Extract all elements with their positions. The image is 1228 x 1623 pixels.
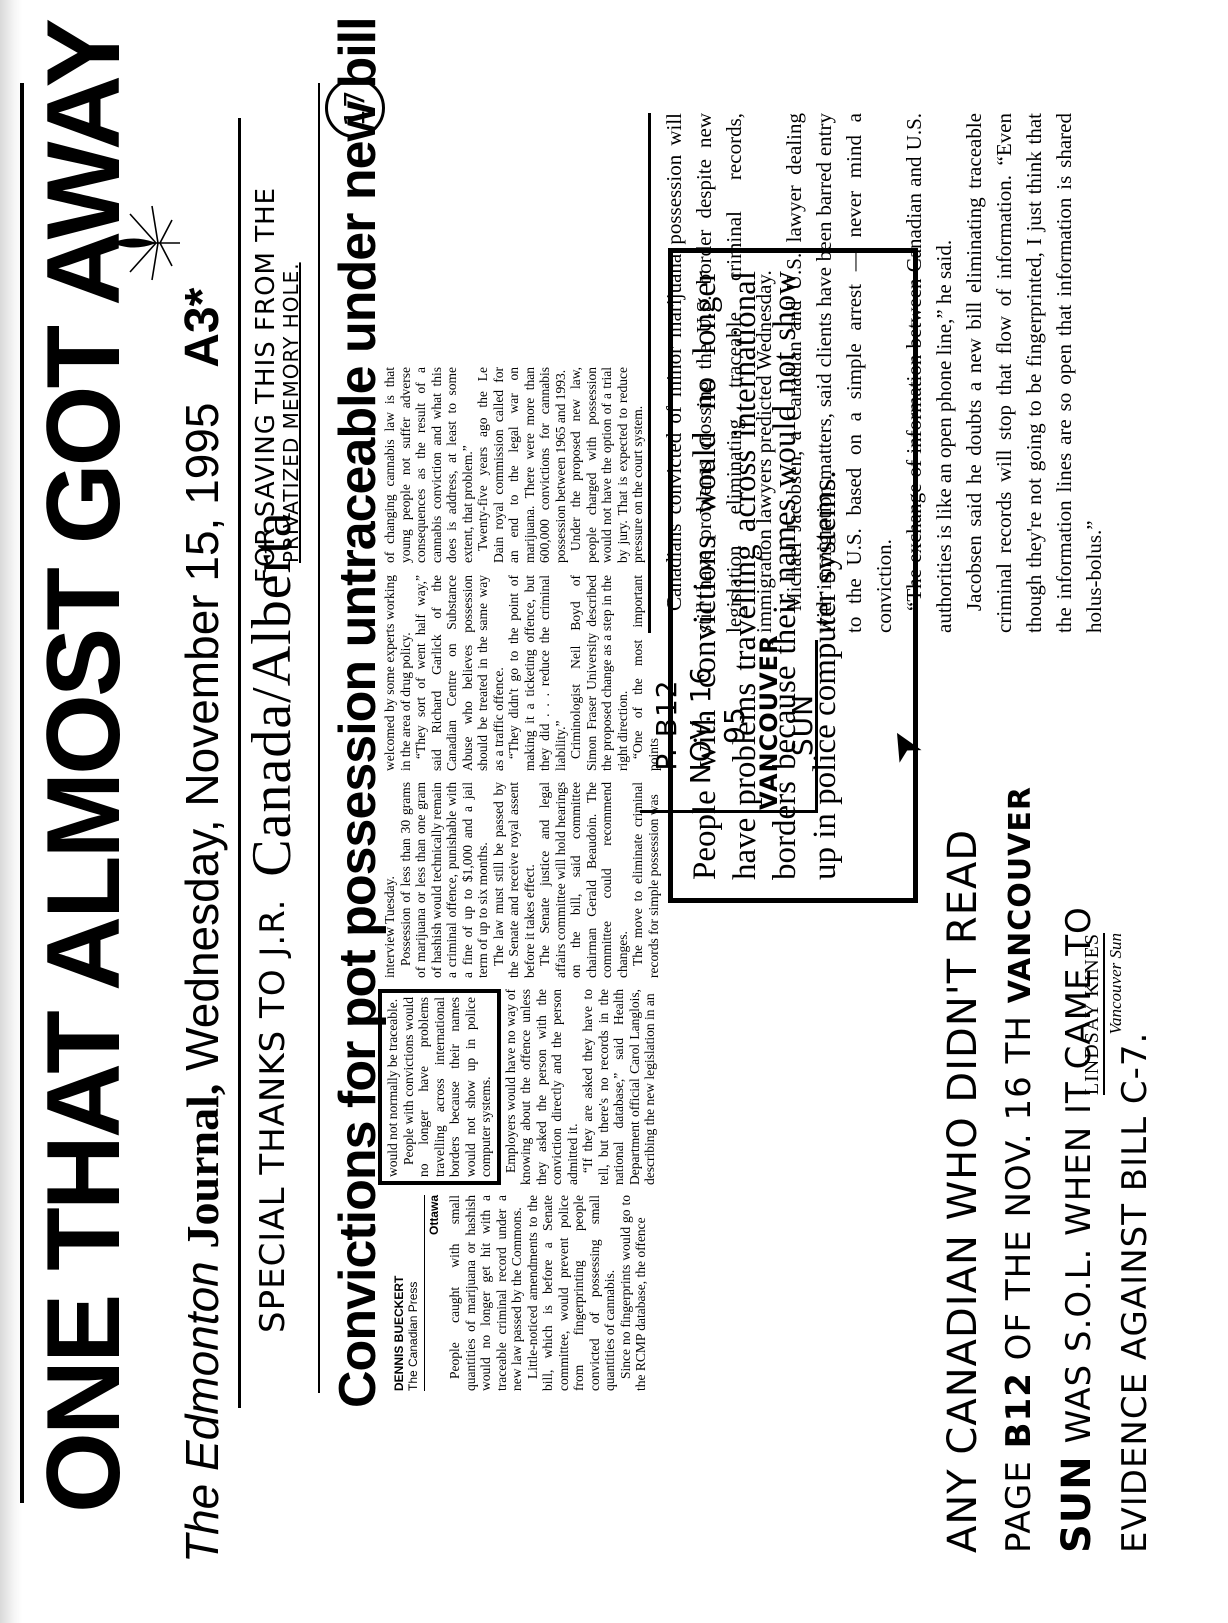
- paragraph: Canadians convicted of minor marijuana p…: [659, 113, 779, 633]
- article-column-1: DENNIS BUECKERT The Canadian Press Ottaw…: [392, 1195, 649, 1391]
- note-line-1: ANY CANADIAN WHO DIDN'T READ: [935, 786, 991, 1553]
- paper-name: Journal,: [177, 1084, 228, 1249]
- paragraph: Employers would have no way of knowing a…: [503, 989, 581, 1185]
- ref-paper: VANCOUVER: [752, 640, 786, 810]
- banner-rule: [20, 83, 24, 1503]
- page-number: A3*: [176, 288, 229, 368]
- paragraph: Jacobsen said he doubts a new bill elimi…: [959, 113, 1109, 633]
- ref-page: P. B12: [650, 640, 684, 810]
- article-column-2: would not normally be traceable. People …: [378, 989, 658, 1185]
- paragraph: Little-noticed amendments to the bill, w…: [525, 1195, 618, 1391]
- article-column-5: of changing cannabis law is that young p…: [382, 367, 646, 563]
- byline-org: The Canadian Press: [406, 1282, 420, 1391]
- byline-name: DENNIS BUECKERT: [392, 1276, 406, 1391]
- ref-date: NOV. 16: [684, 640, 718, 810]
- ref-paper-2: SUN: [786, 640, 820, 810]
- headline-rule: [318, 83, 320, 1393]
- paragraph: “The exchange of information between Can…: [899, 113, 959, 633]
- paragraph: “If they are asked they have to tell, bu…: [580, 989, 658, 1185]
- for-saving-text: FOR SAVING THIS FROM THE: [252, 187, 280, 583]
- special-thanks-text: SPECIAL THANKS TO J.R.: [253, 899, 293, 1333]
- note-line-2: PAGE B12 OF THE NOV. 16 TH VANCOUVER: [991, 786, 1049, 1553]
- dateline: Ottawa: [424, 1195, 441, 1391]
- circled-number: 17: [325, 78, 385, 138]
- handwritten-reference-box: P. B12 NOV. 16 95 VANCOUVER SUN: [640, 640, 818, 813]
- cannabis-leaf-icon: [110, 198, 190, 288]
- handwritten-thanks: SPECIAL THANKS TO J.R. Canada/Alberta: [250, 501, 295, 1333]
- article-column-3: interview Tuesday. Possession of less th…: [382, 782, 661, 978]
- handwritten-saving-note: FOR SAVING THIS FROM THE PRIVATIZED MEMO…: [252, 187, 302, 583]
- memory-hole-text: PRIVATIZED MEMORY HOLE.: [280, 187, 302, 583]
- banner-title: ONE THAT ALMOST GOT AWAY: [36, 93, 132, 1513]
- highlighted-passage: would not normally be traceable. People …: [378, 989, 501, 1185]
- masthead: The Edmonton Journal, Wednesday, Novembe…: [172, 63, 232, 1563]
- article-column-4: welcomed by some experts working in the …: [382, 575, 661, 771]
- issue-date: Wednesday, November 15, 1995: [176, 403, 228, 1071]
- vancouver-sun-article: Canadians convicted of minor marijuana p…: [648, 113, 1109, 633]
- note-line-4: EVIDENCE AGAINST BILL C-7.: [1107, 786, 1163, 1553]
- ref-year: 95: [718, 640, 752, 810]
- paragraph: People caught with small quantities of m…: [447, 1195, 525, 1391]
- paper-prefix: The Edmonton: [176, 1261, 228, 1563]
- paragraph: Since no fingerprints would go to the RC…: [618, 1195, 649, 1391]
- handwritten-note: ANY CANADIAN WHO DIDN'T READ PAGE B12 OF…: [935, 786, 1163, 1553]
- newspaper-clipping: ONE THAT ALMOST GOT AWAY The Edmonton Jo…: [0, 0, 1228, 1623]
- note-line-3: SUN WAS S.O.L. WHEN IT CAME TO: [1049, 786, 1107, 1553]
- paragraph: Michael Jacobsen, a Canadian and U.S. la…: [779, 113, 899, 633]
